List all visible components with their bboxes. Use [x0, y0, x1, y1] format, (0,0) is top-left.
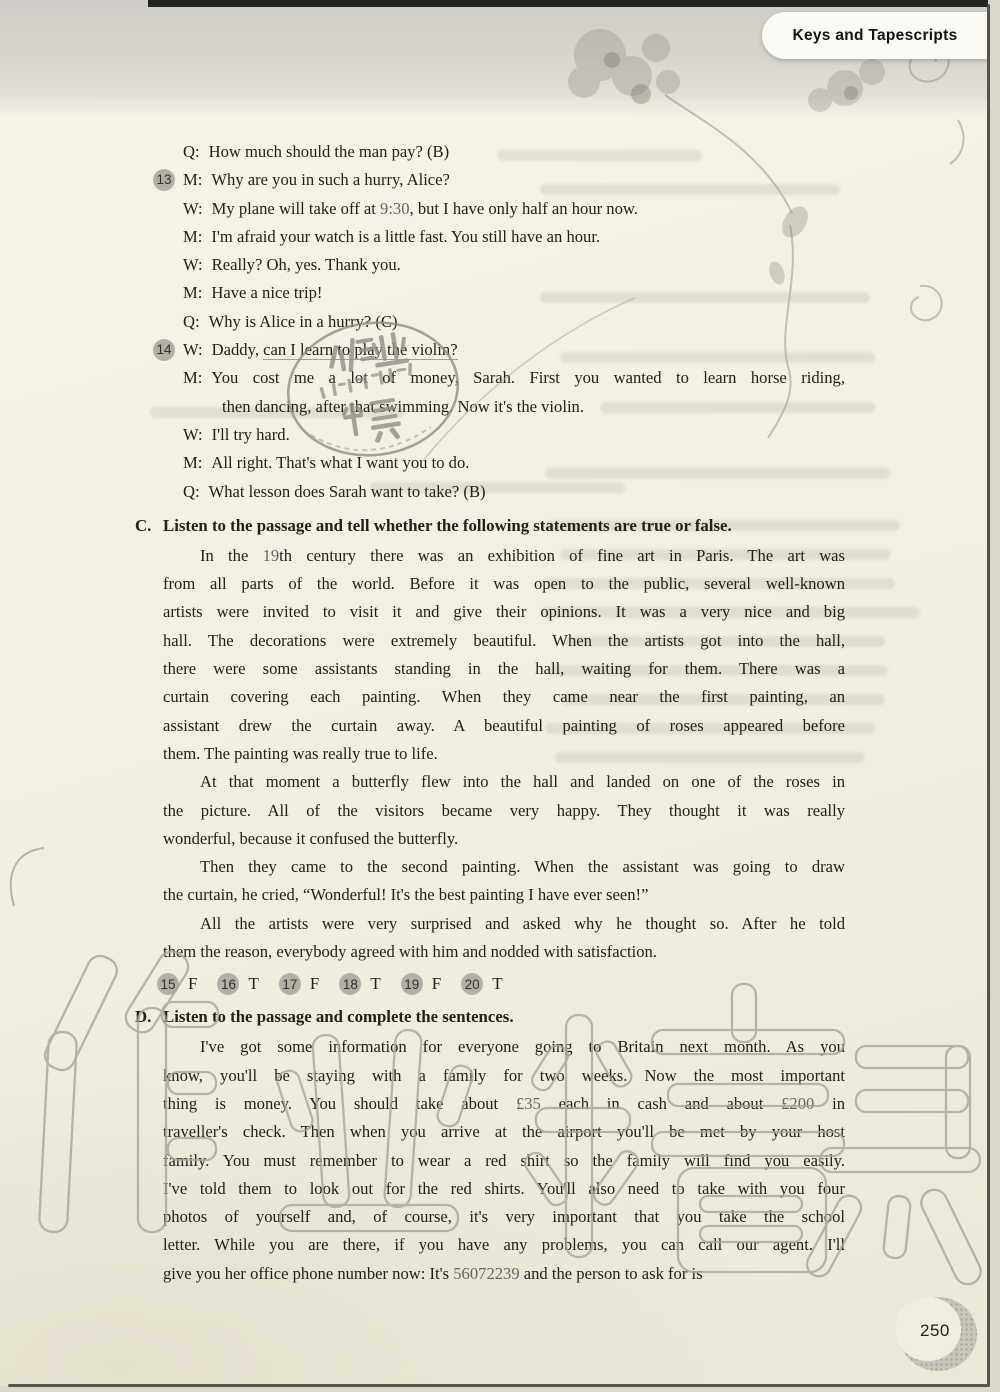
page-number-crescent: 250: [899, 1297, 977, 1371]
answer-value: T: [248, 974, 258, 994]
passage-line: assistant drew the curtain away. A beaut…: [163, 712, 845, 740]
tapescript-line: M:You cost me a lot of money, Sarah. Fir…: [183, 364, 845, 392]
section-c-heading: C. Listen to the passage and tell whethe…: [135, 512, 845, 540]
page-title-pill: Keys and Tapescripts: [762, 12, 1000, 59]
tapescript-content: Q:How much should the man pay? (B)13M:Wh…: [163, 138, 845, 1288]
answer-pair: 18T: [339, 973, 380, 995]
speaker-label: M:: [183, 227, 211, 246]
speaker-label: M:: [183, 170, 211, 189]
tapescript-line: Q:How much should the man pay? (B): [183, 138, 845, 166]
tapescript-line: W:My plane will take off at 9:30, but I …: [183, 195, 845, 223]
tapescript-line: Q:Why is Alice in a hurry? (C): [183, 308, 845, 336]
answer-number-badge: 17: [279, 973, 301, 995]
answer-value: T: [370, 974, 380, 994]
passage-line: the picture. All of the visitors became …: [163, 797, 845, 825]
tapescript-line: M:I'm afraid your watch is a little fast…: [183, 223, 845, 251]
section-d-heading: D. Listen to the passage and complete th…: [135, 1003, 845, 1031]
speaker-label: Q:: [183, 312, 209, 331]
passage-line: At that moment a butterfly flew into the…: [163, 768, 845, 796]
speaker-label: W:: [183, 340, 212, 359]
speaker-label: M:: [183, 283, 211, 302]
item-number-badge: 14: [153, 339, 175, 361]
answer-number-badge: 20: [461, 973, 483, 995]
tapescript-line: then dancing, after that swimming. Now i…: [222, 393, 845, 421]
passage-line: them. The painting was really true to li…: [163, 740, 845, 768]
tapescript-line: W:I'll try hard.: [183, 421, 845, 449]
passage-line: All the artists were very surprised and …: [163, 910, 845, 938]
passage-line: I've got some information for everyone g…: [163, 1033, 845, 1061]
tapescript-line: M:All right. That's what I want you to d…: [183, 449, 845, 477]
tapescript-line: Q:What lesson does Sarah want to take? (…: [183, 478, 845, 506]
answer-number-badge: 19: [401, 973, 423, 995]
section-d-label: D.: [135, 1003, 163, 1031]
item-number-badge: 13: [153, 169, 175, 191]
speaker-label: Q:: [183, 142, 209, 161]
passage-d: I've got some information for everyone g…: [163, 1033, 845, 1288]
passage-line: the curtain, he cried, “Wonderful! It's …: [163, 881, 845, 909]
book-page: Keys and Tapescripts Q:How much should t…: [0, 0, 1000, 1392]
passage-line: thing is money. You should take about £3…: [163, 1090, 845, 1118]
passage-line: curtain covering each painting. When the…: [163, 683, 845, 711]
speaker-label: W:: [183, 199, 212, 218]
section-d-title: Listen to the passage and complete the s…: [163, 1003, 514, 1031]
speaker-label: W:: [183, 255, 212, 274]
passage-line: family. You must remember to wear a red …: [163, 1147, 845, 1175]
tapescript-line: W:Really? Oh, yes. Thank you.: [183, 251, 845, 279]
answer-row: 15F16T17F18T19F20T: [157, 969, 845, 999]
passage-line: from all parts of the world. Before it w…: [163, 570, 845, 598]
section-c-title: Listen to the passage and tell whether t…: [163, 512, 732, 540]
passage-line: photos of yourself and, of course, it's …: [163, 1203, 845, 1231]
passage-line: give you her office phone number now: It…: [163, 1260, 845, 1288]
speaker-label: W:: [183, 425, 212, 444]
answer-pair: 19F: [401, 973, 441, 995]
tapescript-line: M:Have a nice trip!: [183, 279, 845, 307]
page-number: 250: [920, 1321, 950, 1341]
answer-value: T: [492, 974, 502, 994]
book-top-edge: [148, 0, 1000, 7]
tapescript-line: 14W:Daddy, can I learn to play the violi…: [183, 336, 845, 364]
page-right-edge: [987, 4, 990, 1385]
passage-line: traveller's check. Then when you arrive …: [163, 1118, 845, 1146]
passage-line: letter. While you are there, if you have…: [163, 1231, 845, 1259]
answer-value: F: [188, 974, 197, 994]
answer-pair: 17F: [279, 973, 319, 995]
passage-line: wonderful, because it confused the butte…: [163, 825, 845, 853]
passage-line: hall. The decorations were extremely bea…: [163, 627, 845, 655]
passage-line: Then they came to the second painting. W…: [163, 853, 845, 881]
answer-value: F: [310, 974, 319, 994]
dialog-section: Q:How much should the man pay? (B)13M:Wh…: [163, 138, 845, 506]
speaker-label: M:: [183, 453, 211, 472]
page-bottom-edge: [8, 1384, 990, 1387]
passage-line: I've told them to look out for the red s…: [163, 1175, 845, 1203]
page-title: Keys and Tapescripts: [792, 27, 957, 45]
answer-number-badge: 15: [157, 973, 179, 995]
answer-number-badge: 16: [217, 973, 239, 995]
speaker-label: Q:: [183, 482, 209, 501]
answer-pair: 15F: [157, 973, 197, 995]
answer-pair: 16T: [217, 973, 258, 995]
passage-line: know, you'll be staying with a family fo…: [163, 1062, 845, 1090]
passage-line: In the 19th century there was an exhibit…: [163, 542, 845, 570]
answer-value: F: [432, 974, 441, 994]
passage-line: them the reason, everybody agreed with h…: [163, 938, 845, 966]
answer-number-badge: 18: [339, 973, 361, 995]
passage-line: there were some assistants standing in t…: [163, 655, 845, 683]
section-c-label: C.: [135, 512, 163, 540]
passage-c: In the 19th century there was an exhibit…: [163, 542, 845, 966]
answer-pair: 20T: [461, 973, 502, 995]
speaker-label: M:: [183, 368, 211, 387]
tapescript-line: 13M:Why are you in such a hurry, Alice?: [183, 166, 845, 194]
passage-line: artists were invited to visit it and giv…: [163, 598, 845, 626]
pencil-underline: can I learn to play the violin?: [263, 340, 457, 360]
